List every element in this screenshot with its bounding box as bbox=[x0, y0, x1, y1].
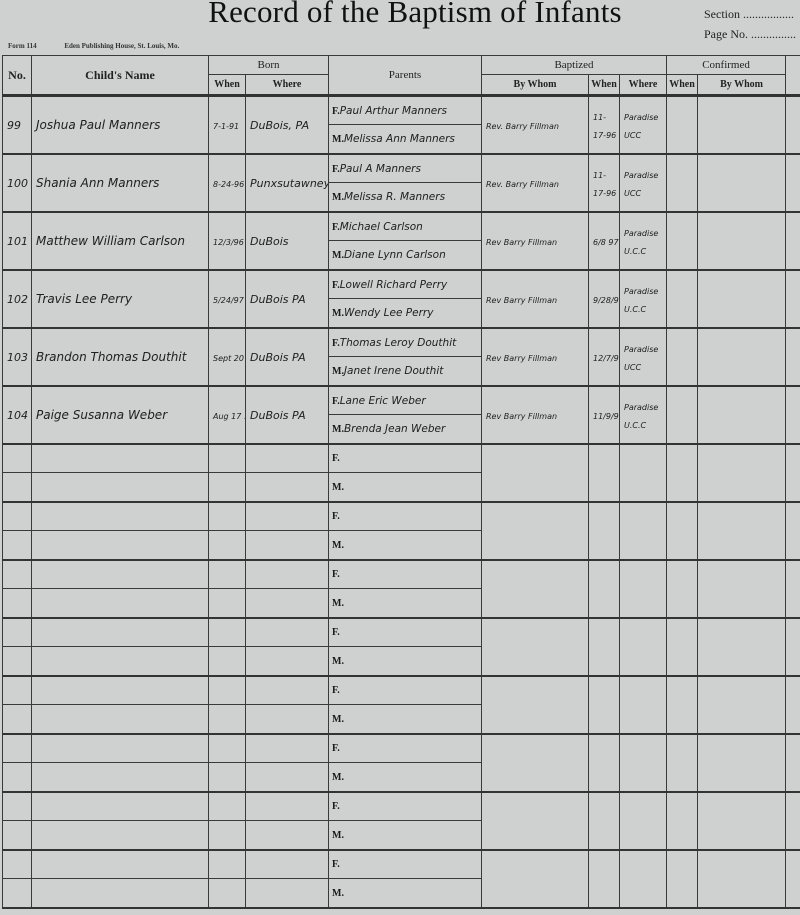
born-when[interactable]: 5/24/97 bbox=[209, 270, 246, 328]
father-name: Paul Arthur Manners bbox=[340, 105, 447, 117]
baptized-by[interactable]: Rev Barry Fillman bbox=[482, 270, 589, 328]
mother-field[interactable]: M. bbox=[329, 589, 482, 619]
child-name[interactable] bbox=[32, 850, 209, 879]
baptized-by[interactable] bbox=[482, 734, 589, 792]
child-name[interactable] bbox=[32, 560, 209, 589]
baptized-when[interactable] bbox=[589, 792, 620, 850]
father-field[interactable]: F. bbox=[329, 850, 482, 879]
born-when[interactable] bbox=[209, 792, 246, 821]
record-number[interactable] bbox=[3, 647, 32, 677]
mother-prefix: M. bbox=[332, 888, 344, 899]
mother-field[interactable]: M. bbox=[329, 763, 482, 793]
publisher: Eden Publishing House, St. Louis, Mo. bbox=[64, 42, 179, 50]
father-prefix: F. bbox=[332, 280, 340, 291]
confirmed-when[interactable] bbox=[667, 386, 698, 444]
mother-prefix: M. bbox=[332, 192, 344, 203]
child-name-text: Paige Susanna Weber bbox=[36, 408, 167, 422]
baptized-by[interactable]: Rev Barry Fillman bbox=[482, 212, 589, 270]
born-where[interactable] bbox=[246, 676, 329, 705]
child-name[interactable] bbox=[32, 618, 209, 647]
confirmed-by[interactable] bbox=[698, 270, 786, 328]
born-where[interactable]: DuBois PA bbox=[246, 270, 329, 328]
record-row: F. bbox=[3, 850, 800, 879]
record-row: F. bbox=[3, 560, 800, 589]
baptized-where[interactable] bbox=[620, 618, 667, 676]
confirmed-when[interactable] bbox=[667, 154, 698, 212]
col-header-extra bbox=[786, 56, 800, 96]
extra-column[interactable] bbox=[786, 792, 800, 850]
baptized-where[interactable]: Paradise U.C.C bbox=[620, 386, 667, 444]
born-when-text: 7-1-91 bbox=[213, 122, 239, 131]
col-header-born-where: Where bbox=[246, 75, 329, 96]
page-number-field: Page No. ............... bbox=[704, 27, 798, 42]
baptized-when[interactable] bbox=[589, 444, 620, 502]
confirmed-by[interactable] bbox=[698, 676, 786, 734]
baptized-where[interactable]: Paradise UCC bbox=[620, 96, 667, 155]
baptized-when[interactable] bbox=[589, 676, 620, 734]
born-where-text: DuBois PA bbox=[250, 351, 306, 364]
confirmed-by[interactable] bbox=[698, 96, 786, 155]
baptized-when[interactable]: 6/8 97 bbox=[589, 212, 620, 270]
record-number-text: 99 bbox=[7, 119, 21, 132]
child-name[interactable]: Paige Susanna Weber bbox=[32, 386, 209, 444]
father-prefix: F. bbox=[332, 627, 340, 638]
record-row: F. bbox=[3, 502, 800, 531]
extra-column[interactable] bbox=[786, 212, 800, 270]
born-where[interactable] bbox=[246, 850, 329, 879]
mother-prefix: M. bbox=[332, 308, 344, 319]
born-where[interactable] bbox=[246, 763, 329, 793]
child-name[interactable] bbox=[32, 821, 209, 851]
born-when[interactable] bbox=[209, 850, 246, 879]
child-name[interactable]: Travis Lee Perry bbox=[32, 270, 209, 328]
baptism-register-table: No. Child's Name Born Parents Baptized C… bbox=[2, 55, 800, 909]
baptized-when-text: 11/9/97 bbox=[593, 412, 620, 421]
col-header-confirmed-when: When bbox=[667, 75, 698, 96]
col-header-child-name: Child's Name bbox=[32, 56, 209, 96]
baptized-where[interactable] bbox=[620, 502, 667, 560]
confirmed-when[interactable] bbox=[667, 560, 698, 618]
father-prefix: F. bbox=[332, 222, 340, 233]
mother-field[interactable]: M. bbox=[329, 531, 482, 561]
born-when[interactable] bbox=[209, 473, 246, 503]
born-when[interactable] bbox=[209, 763, 246, 793]
mother-name: Brenda Jean Weber bbox=[344, 423, 445, 435]
born-when[interactable]: Sept 20 1997 bbox=[209, 328, 246, 386]
record-number[interactable] bbox=[3, 734, 32, 763]
baptized-when[interactable]: 9/28/97 bbox=[589, 270, 620, 328]
baptized-by[interactable] bbox=[482, 444, 589, 502]
record-number[interactable] bbox=[3, 879, 32, 909]
extra-column[interactable] bbox=[786, 560, 800, 618]
father-field[interactable]: F.Lane Eric Weber bbox=[329, 386, 482, 415]
father-prefix: F. bbox=[332, 106, 340, 117]
confirmed-when[interactable] bbox=[667, 96, 698, 155]
confirmed-when[interactable] bbox=[667, 850, 698, 908]
born-where-text: DuBois bbox=[250, 235, 289, 248]
mother-field[interactable]: M. bbox=[329, 879, 482, 909]
baptized-when[interactable]: 11/9/97 bbox=[589, 386, 620, 444]
baptized-where[interactable] bbox=[620, 444, 667, 502]
child-name[interactable] bbox=[32, 473, 209, 503]
confirmed-when[interactable] bbox=[667, 734, 698, 792]
record-number[interactable]: 102 bbox=[3, 270, 32, 328]
confirmed-when[interactable] bbox=[667, 444, 698, 502]
father-field[interactable]: F.Paul A Manners bbox=[329, 154, 482, 183]
extra-column[interactable] bbox=[786, 850, 800, 908]
record-number[interactable]: 101 bbox=[3, 212, 32, 270]
record-number-text: 104 bbox=[7, 409, 28, 422]
born-where[interactable] bbox=[246, 473, 329, 503]
born-when[interactable]: 8-24-96 bbox=[209, 154, 246, 212]
baptized-where[interactable] bbox=[620, 734, 667, 792]
col-header-baptized-by: By Whom bbox=[482, 75, 589, 96]
baptized-when[interactable] bbox=[589, 560, 620, 618]
born-where[interactable]: DuBois, PA bbox=[246, 96, 329, 155]
extra-column[interactable] bbox=[786, 676, 800, 734]
baptized-by[interactable] bbox=[482, 618, 589, 676]
born-where[interactable] bbox=[246, 821, 329, 851]
born-when[interactable] bbox=[209, 618, 246, 647]
col-header-baptized-when: When bbox=[589, 75, 620, 96]
confirmed-when[interactable] bbox=[667, 792, 698, 850]
born-when-text: 5/24/97 bbox=[213, 296, 244, 305]
confirmed-when[interactable] bbox=[667, 618, 698, 676]
born-where[interactable] bbox=[246, 560, 329, 589]
born-where-text: DuBois PA bbox=[250, 409, 306, 422]
born-when[interactable] bbox=[209, 589, 246, 619]
record-number[interactable] bbox=[3, 792, 32, 821]
extra-column[interactable] bbox=[786, 96, 800, 155]
baptized-where[interactable]: Paradise UCC bbox=[620, 154, 667, 212]
mother-prefix: M. bbox=[332, 134, 344, 145]
confirmed-when[interactable] bbox=[667, 270, 698, 328]
born-when-text: 8-24-96 bbox=[213, 180, 244, 189]
record-number[interactable]: 100 bbox=[3, 154, 32, 212]
father-field[interactable]: F.Lowell Richard Perry bbox=[329, 270, 482, 299]
extra-column[interactable] bbox=[786, 386, 800, 444]
baptized-where[interactable]: Paradise U.C.C bbox=[620, 270, 667, 328]
father-prefix: F. bbox=[332, 338, 340, 349]
mother-field[interactable]: M. bbox=[329, 705, 482, 735]
father-field[interactable]: F.Michael Carlson bbox=[329, 212, 482, 241]
father-prefix: F. bbox=[332, 859, 340, 870]
baptized-when-text: 6/8 97 bbox=[593, 238, 619, 247]
record-number-text: 103 bbox=[7, 351, 28, 364]
born-where[interactable]: DuBois bbox=[246, 212, 329, 270]
confirmed-by[interactable] bbox=[698, 386, 786, 444]
mother-field[interactable]: M. bbox=[329, 821, 482, 851]
record-number[interactable] bbox=[3, 821, 32, 851]
extra-column[interactable] bbox=[786, 270, 800, 328]
col-header-baptized-where: Where bbox=[620, 75, 667, 96]
father-name: Paul A Manners bbox=[340, 163, 421, 175]
record-row: F. bbox=[3, 444, 800, 473]
baptized-by-text: Rev Barry Fillman bbox=[486, 354, 557, 363]
mother-prefix: M. bbox=[332, 424, 344, 435]
born-when-text: Sept 20 1997 bbox=[213, 354, 246, 363]
child-name[interactable] bbox=[32, 705, 209, 735]
confirmed-by[interactable] bbox=[698, 734, 786, 792]
child-name[interactable] bbox=[32, 647, 209, 677]
father-name: Thomas Leroy Douthit bbox=[340, 337, 457, 349]
baptized-where-text: Paradise U.C.C bbox=[624, 287, 658, 314]
col-header-baptized: Baptized bbox=[482, 56, 667, 75]
extra-column[interactable] bbox=[786, 328, 800, 386]
born-when[interactable] bbox=[209, 676, 246, 705]
child-name[interactable] bbox=[32, 763, 209, 793]
record-row: 104Paige Susanna WeberAug 17 1997DuBois … bbox=[3, 386, 800, 415]
confirmed-by[interactable] bbox=[698, 618, 786, 676]
baptized-when[interactable] bbox=[589, 502, 620, 560]
mother-prefix: M. bbox=[332, 830, 344, 841]
father-name: Michael Carlson bbox=[340, 221, 423, 233]
father-prefix: F. bbox=[332, 685, 340, 696]
record-row: 99Joshua Paul Manners7-1-91DuBois, PAF.P… bbox=[3, 96, 800, 125]
mother-field[interactable]: M. bbox=[329, 473, 482, 503]
confirmed-by[interactable] bbox=[698, 792, 786, 850]
child-name[interactable] bbox=[32, 531, 209, 561]
born-when[interactable] bbox=[209, 444, 246, 473]
born-where[interactable] bbox=[246, 589, 329, 619]
born-where[interactable] bbox=[246, 792, 329, 821]
born-where-text: DuBois, PA bbox=[250, 119, 309, 132]
confirmed-by[interactable] bbox=[698, 560, 786, 618]
mother-field[interactable]: M.Diane Lynn Carlson bbox=[329, 241, 482, 271]
baptized-by[interactable]: Rev. Barry Fillman bbox=[482, 96, 589, 155]
born-where[interactable] bbox=[246, 502, 329, 531]
extra-column[interactable] bbox=[786, 154, 800, 212]
baptized-where-text: Paradise UCC bbox=[624, 345, 658, 372]
child-name[interactable] bbox=[32, 502, 209, 531]
child-name-text: Joshua Paul Manners bbox=[36, 118, 160, 132]
mother-prefix: M. bbox=[332, 482, 344, 493]
child-name[interactable] bbox=[32, 734, 209, 763]
child-name[interactable] bbox=[32, 444, 209, 473]
baptized-where-text: Paradise U.C.C bbox=[624, 229, 658, 256]
baptized-when[interactable] bbox=[589, 734, 620, 792]
born-where[interactable] bbox=[246, 647, 329, 677]
mother-prefix: M. bbox=[332, 656, 344, 667]
child-name[interactable] bbox=[32, 792, 209, 821]
father-field[interactable]: F. bbox=[329, 444, 482, 473]
born-where[interactable] bbox=[246, 734, 329, 763]
father-prefix: F. bbox=[332, 569, 340, 580]
baptized-where[interactable] bbox=[620, 792, 667, 850]
born-where[interactable]: DuBois PA bbox=[246, 328, 329, 386]
col-header-no: No. bbox=[3, 56, 32, 96]
baptized-by[interactable]: Rev. Barry Fillman bbox=[482, 154, 589, 212]
confirmed-by[interactable] bbox=[698, 154, 786, 212]
baptized-by[interactable] bbox=[482, 502, 589, 560]
child-name[interactable]: Joshua Paul Manners bbox=[32, 96, 209, 155]
born-when-text: Aug 17 1997 bbox=[213, 412, 246, 421]
extra-column[interactable] bbox=[786, 502, 800, 560]
mother-name: Diane Lynn Carlson bbox=[344, 249, 446, 261]
extra-column[interactable] bbox=[786, 618, 800, 676]
baptized-where[interactable]: Paradise UCC bbox=[620, 328, 667, 386]
born-when[interactable] bbox=[209, 879, 246, 909]
page-title: Record of the Baptism of Infants bbox=[0, 0, 800, 30]
born-when[interactable] bbox=[209, 560, 246, 589]
record-row: F. bbox=[3, 618, 800, 647]
record-number[interactable] bbox=[3, 705, 32, 735]
baptized-when[interactable] bbox=[589, 850, 620, 908]
record-number[interactable] bbox=[3, 531, 32, 561]
record-number[interactable]: 104 bbox=[3, 386, 32, 444]
mother-prefix: M. bbox=[332, 598, 344, 609]
father-field[interactable]: F. bbox=[329, 676, 482, 705]
record-number-text: 100 bbox=[7, 177, 28, 190]
confirmed-when[interactable] bbox=[667, 502, 698, 560]
mother-field[interactable]: M.Janet Irene Douthit bbox=[329, 357, 482, 387]
record-number[interactable] bbox=[3, 618, 32, 647]
baptized-when[interactable]: 11-17-96 bbox=[589, 96, 620, 155]
baptized-when-text: 11-17-96 bbox=[593, 113, 616, 140]
confirmed-when[interactable] bbox=[667, 328, 698, 386]
baptized-by[interactable]: Rev Barry Fillman bbox=[482, 386, 589, 444]
child-name[interactable] bbox=[32, 589, 209, 619]
father-field[interactable]: F.Thomas Leroy Douthit bbox=[329, 328, 482, 357]
mother-field[interactable]: M.Melissa R. Manners bbox=[329, 183, 482, 213]
baptized-when-text: 9/28/97 bbox=[593, 296, 620, 305]
baptized-by[interactable] bbox=[482, 560, 589, 618]
child-name-text: Matthew William Carlson bbox=[36, 234, 185, 248]
mother-name: Wendy Lee Perry bbox=[344, 307, 433, 319]
record-row: 101Matthew William Carlson12/3/96DuBoisF… bbox=[3, 212, 800, 241]
born-where-text: DuBois PA bbox=[250, 293, 306, 306]
born-where[interactable] bbox=[246, 879, 329, 909]
born-when[interactable] bbox=[209, 821, 246, 851]
child-name[interactable]: Brandon Thomas Douthit bbox=[32, 328, 209, 386]
baptized-by[interactable] bbox=[482, 676, 589, 734]
record-number[interactable] bbox=[3, 502, 32, 531]
confirmed-by[interactable] bbox=[698, 850, 786, 908]
father-field[interactable]: F. bbox=[329, 560, 482, 589]
extra-column[interactable] bbox=[786, 444, 800, 502]
col-header-parents: Parents bbox=[329, 56, 482, 96]
confirmed-by[interactable] bbox=[698, 502, 786, 560]
mother-field[interactable]: M.Wendy Lee Perry bbox=[329, 299, 482, 329]
mother-name: Melissa Ann Manners bbox=[344, 133, 455, 145]
child-name-text: Brandon Thomas Douthit bbox=[36, 350, 186, 364]
baptized-by-text: Rev. Barry Fillman bbox=[486, 122, 559, 131]
mother-prefix: M. bbox=[332, 540, 344, 551]
born-when[interactable]: 7-1-91 bbox=[209, 96, 246, 155]
father-field[interactable]: F. bbox=[329, 618, 482, 647]
child-name[interactable] bbox=[32, 676, 209, 705]
born-when[interactable] bbox=[209, 531, 246, 561]
father-prefix: F. bbox=[332, 164, 340, 175]
col-header-confirmed: Confirmed bbox=[667, 56, 786, 75]
born-when[interactable]: Aug 17 1997 bbox=[209, 386, 246, 444]
father-prefix: F. bbox=[332, 396, 340, 407]
baptized-when[interactable]: 12/7/97 bbox=[589, 328, 620, 386]
record-row: 103Brandon Thomas DouthitSept 20 1997DuB… bbox=[3, 328, 800, 357]
baptized-where[interactable] bbox=[620, 850, 667, 908]
mother-field[interactable]: M.Melissa Ann Manners bbox=[329, 125, 482, 155]
child-name[interactable]: Matthew William Carlson bbox=[32, 212, 209, 270]
born-where[interactable]: DuBois PA bbox=[246, 386, 329, 444]
born-where-text: Punxsutawney PA bbox=[250, 177, 329, 190]
record-number[interactable] bbox=[3, 589, 32, 619]
born-when[interactable] bbox=[209, 647, 246, 677]
baptized-when[interactable] bbox=[589, 618, 620, 676]
baptized-by[interactable] bbox=[482, 850, 589, 908]
baptized-by[interactable] bbox=[482, 792, 589, 850]
record-number[interactable] bbox=[3, 850, 32, 879]
born-when[interactable] bbox=[209, 502, 246, 531]
col-header-born-when: When bbox=[209, 75, 246, 96]
col-header-born: Born bbox=[209, 56, 329, 75]
baptized-by-text: Rev Barry Fillman bbox=[486, 296, 557, 305]
father-field[interactable]: F.Paul Arthur Manners bbox=[329, 96, 482, 125]
record-number-text: 101 bbox=[7, 235, 28, 248]
born-where[interactable] bbox=[246, 531, 329, 561]
confirmed-by[interactable] bbox=[698, 212, 786, 270]
baptized-by[interactable]: Rev Barry Fillman bbox=[482, 328, 589, 386]
father-prefix: F. bbox=[332, 801, 340, 812]
extra-column[interactable] bbox=[786, 734, 800, 792]
father-field[interactable]: F. bbox=[329, 792, 482, 821]
record-number[interactable] bbox=[3, 444, 32, 473]
baptized-where[interactable] bbox=[620, 676, 667, 734]
baptized-when[interactable]: 11-17-96 bbox=[589, 154, 620, 212]
confirmed-by[interactable] bbox=[698, 444, 786, 502]
mother-prefix: M. bbox=[332, 366, 344, 377]
mother-prefix: M. bbox=[332, 714, 344, 725]
child-name[interactable]: Shania Ann Manners bbox=[32, 154, 209, 212]
record-row: F. bbox=[3, 734, 800, 763]
confirmed-when[interactable] bbox=[667, 676, 698, 734]
record-number[interactable] bbox=[3, 473, 32, 503]
form-info: Form 114 Eden Publishing House, St. Loui… bbox=[8, 42, 179, 50]
mother-field[interactable]: M.Brenda Jean Weber bbox=[329, 415, 482, 445]
born-when-text: 12/3/96 bbox=[213, 238, 244, 247]
father-field[interactable]: F. bbox=[329, 734, 482, 763]
child-name[interactable] bbox=[32, 879, 209, 909]
baptized-by-text: Rev Barry Fillman bbox=[486, 238, 557, 247]
born-where[interactable] bbox=[246, 618, 329, 647]
baptized-where-text: Paradise U.C.C bbox=[624, 403, 658, 430]
baptized-where[interactable] bbox=[620, 560, 667, 618]
father-field[interactable]: F. bbox=[329, 502, 482, 531]
born-where[interactable] bbox=[246, 705, 329, 735]
record-number[interactable] bbox=[3, 676, 32, 705]
baptized-when-text: 11-17-96 bbox=[593, 171, 616, 198]
mother-name: Janet Irene Douthit bbox=[344, 365, 443, 377]
record-row: 100Shania Ann Manners8-24-96Punxsutawney… bbox=[3, 154, 800, 183]
record-number[interactable]: 99 bbox=[3, 96, 32, 155]
born-when[interactable] bbox=[209, 705, 246, 735]
record-number[interactable] bbox=[3, 560, 32, 589]
baptized-where-text: Paradise UCC bbox=[624, 171, 658, 198]
born-when[interactable] bbox=[209, 734, 246, 763]
baptized-where[interactable]: Paradise U.C.C bbox=[620, 212, 667, 270]
born-where[interactable] bbox=[246, 444, 329, 473]
record-number[interactable] bbox=[3, 763, 32, 793]
form-number: Form 114 bbox=[8, 42, 37, 50]
born-where[interactable]: Punxsutawney PA bbox=[246, 154, 329, 212]
confirmed-when[interactable] bbox=[667, 212, 698, 270]
father-name: Lane Eric Weber bbox=[340, 395, 426, 407]
record-number[interactable]: 103 bbox=[3, 328, 32, 386]
born-when[interactable]: 12/3/96 bbox=[209, 212, 246, 270]
mother-field[interactable]: M. bbox=[329, 647, 482, 677]
confirmed-by[interactable] bbox=[698, 328, 786, 386]
record-row: F. bbox=[3, 792, 800, 821]
section-field: Section ................. bbox=[704, 7, 798, 22]
